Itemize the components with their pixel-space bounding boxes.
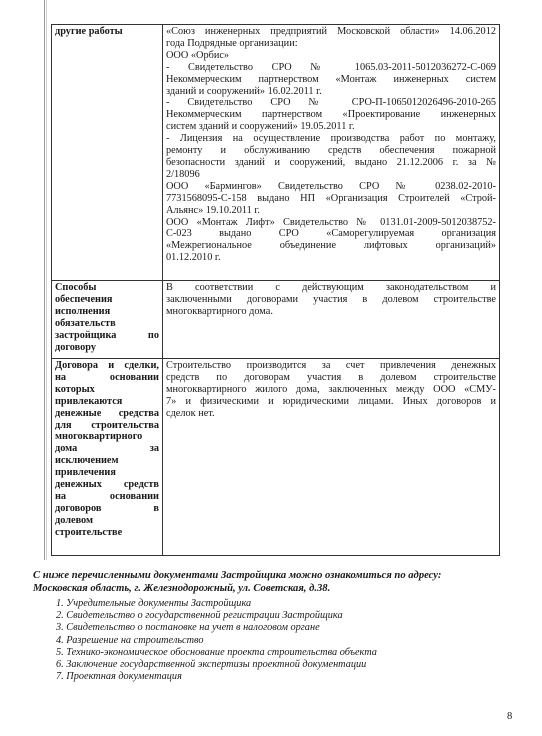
table-row: Способы обеспечения исполнения обязатель… [52,281,500,359]
row-label-other-works: другие работы [52,25,163,281]
label-line: обеспечения [55,294,159,306]
page-number: 8 [507,711,512,722]
content-line: заключенными договорами участия в долево… [166,294,496,306]
label-line: договору [55,342,159,354]
content-line: ООО «Монтаж Лифт» Свидетельство № 0131.0… [166,217,496,229]
list-item: 6. Заключение государственной экспертизы… [56,659,377,671]
content-line: сделок нет. [166,408,496,420]
label-line: которых [55,384,159,396]
scan-artifact-line [46,0,47,560]
content-line: Некоммерческим партнерством «Монтаж инже… [166,74,496,86]
label-line: Договора и сделки, [55,360,159,372]
table-row: другие работы «Союз инженерных предприят… [52,25,500,281]
content-line: С-023 выдано СРО «Саморегулируемая орган… [166,228,496,240]
content-line: ООО «Орбис» [166,50,496,62]
content-line: 2/18096 [166,169,496,181]
content-line: систем зданий и сооружений» 19.05.2011 г… [166,121,496,133]
row-label-contracts: Договора и сделки, на основании которых … [52,359,163,556]
row-content-obligation-security: В соответствии с действующим законодател… [163,281,500,359]
label-line: денежные средства [55,408,159,420]
content-line: - Лицензия на осуществление производства… [166,133,496,145]
row-content-contracts: Строительство производится за счет привл… [163,359,500,556]
label-line: дома за [55,443,159,455]
list-item: 3. Свидетельство о постановке на учет в … [56,622,377,634]
documents-list: 1. Учредительные документы Застройщика 2… [56,598,377,683]
label-line: строительстве [55,527,159,539]
content-line: года Подрядные организации: [166,38,496,50]
table-row: Договора и сделки, на основании которых … [52,359,500,556]
label-line: привлечения [55,467,159,479]
list-item: 5. Технико-экономическое обоснование про… [56,647,377,659]
content-line: 7» и физическими и юридическими лицами. … [166,396,496,408]
label-line: на основании [55,372,159,384]
documents-notice: С ниже перечисленными документами Застро… [33,570,513,595]
content-line: Некоммерческим партнерством «Проектирова… [166,109,496,121]
content-line: безопасности зданий и сооружений, выдано… [166,157,496,169]
content-line: «Союз инженерных предприятий Московской … [166,26,496,38]
list-item: 7. Проектная документация [56,671,377,683]
content-line: 01.12.2010 г. [166,252,496,264]
content-line: многоквартирного дома. [166,306,496,318]
label-line: другие работы [55,26,159,38]
label-line: обязательств [55,318,159,330]
row-content-contractors: «Союз инженерных предприятий Московской … [163,25,500,281]
scan-artifact-line [44,0,45,560]
label-line: привлекаются [55,396,159,408]
content-line: «Межрегиональное объединение лифтовых ор… [166,240,496,252]
content-line: средств по договорам участия в долевом с… [166,372,496,384]
content-line: зданий и сооружений» 16.02.2011 г. [166,86,496,98]
label-line: многоквартирного [55,431,159,443]
label-line: долевом [55,515,159,527]
list-item: 1. Учредительные документы Застройщика [56,598,377,610]
content-line: ремонту и обслуживанию средств обеспечен… [166,145,496,157]
label-line: Способы [55,282,159,294]
label-line: для строительства [55,420,159,432]
developer-info-table: другие работы «Союз инженерных предприят… [51,24,500,556]
content-line: ООО «Бармингов» Свидетельство СРО № 0238… [166,181,496,193]
list-item: 4. Разрешение на строительство [56,635,377,647]
content-line: - Свидетельство СРО № 1065.03-2011-50120… [166,62,496,74]
label-line: договоров в [55,503,159,515]
content-line: В соответствии с действующим законодател… [166,282,496,294]
content-line: Альянс» 19.10.2011 г. [166,205,496,217]
content-line: - Свидетельство СРО № СРО-П-106501202649… [166,97,496,109]
content-line: многоквартирного жилого дома, заключенны… [166,384,496,396]
label-line: исполнения [55,306,159,318]
content-line: Строительство производится за счет привл… [166,360,496,372]
label-line: на основании [55,491,159,503]
label-line: денежных средств [55,479,159,491]
label-line: застройщика по [55,330,159,342]
notice-line: С ниже перечисленными документами Застро… [33,570,513,583]
list-item: 2. Свидетельство о государственной регис… [56,610,377,622]
content-line: 7731568095-С-158 выдано НП «Организация … [166,193,496,205]
label-line: исключением [55,455,159,467]
notice-address: Московская область, г. Железнодорожный, … [33,583,513,596]
row-label-obligation-security: Способы обеспечения исполнения обязатель… [52,281,163,359]
